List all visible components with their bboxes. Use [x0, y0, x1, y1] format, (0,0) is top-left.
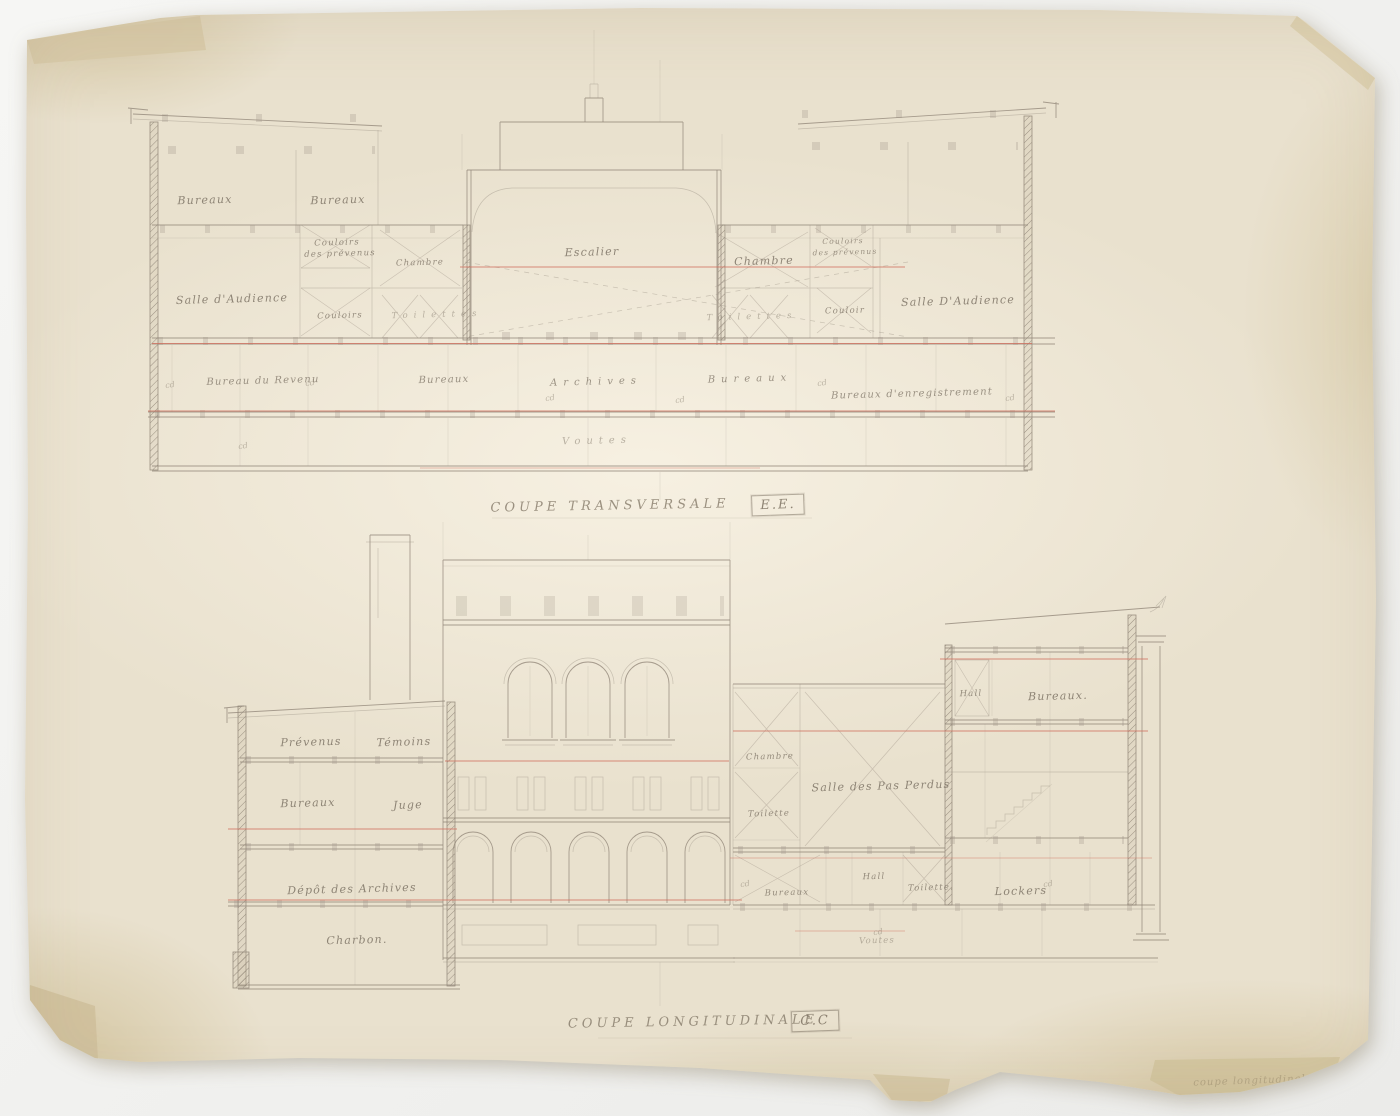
label-couloirs-prevenus-right-2: des prévenus [812, 247, 877, 258]
column-mark: cd [675, 395, 686, 405]
label-bureaux-basement: Bureaux [765, 887, 810, 898]
column-mark: cd [165, 380, 176, 390]
column-mark: cd [817, 378, 828, 388]
torn-edge-top-left [0, 0, 260, 80]
label-toilette-basement: Toilette. [908, 882, 954, 893]
bottom-section-tag: C.C [791, 1010, 839, 1033]
label-chambre-left: Chambre [396, 257, 444, 268]
torn-edge-bottom-center [0, 0, 1400, 1116]
longitudinal-section-drawing [224, 522, 1169, 1038]
label-couloirs-prevenus-left-2: des prévenus [304, 248, 376, 260]
label-escalier: Escalier [564, 245, 619, 259]
label-bureaux-mid-right: Bureaux [708, 372, 793, 385]
label-toilettes-right: Toilettes [706, 311, 797, 323]
section-linework [0, 0, 1400, 1116]
drawing-sheet-wrapper: Bureaux Bureaux Couloirs des prévenus Ch… [0, 0, 1400, 1116]
column-mark: cd [1043, 879, 1054, 889]
label-salle-audience-left: Salle d'Audience [176, 291, 289, 307]
label-bureaux-left-b: Bureaux [310, 193, 366, 207]
column-mark: cd [545, 393, 556, 403]
label-bureaux-bottom-left: Bureaux [280, 796, 336, 810]
torn-edge-top-right [1280, 10, 1390, 100]
label-toilette-mid: Toilette [748, 808, 790, 819]
label-charbon: Charbon. [326, 933, 387, 948]
label-lockers: Lockers [995, 884, 1048, 898]
label-archives: Archives [550, 375, 642, 388]
label-bureaux-right-wing: Bureaux. [1028, 689, 1088, 704]
label-chambre-bottom: Chambre [746, 751, 794, 762]
torn-edge-bottom-right [0, 0, 1400, 1116]
label-voutes-bottom: Voutes [859, 936, 895, 947]
top-section-tag: E.E. [751, 494, 805, 517]
label-voutes-top: Voutes [562, 435, 632, 448]
bottom-section-title: Coupe Longitudinale [568, 1012, 818, 1031]
label-hall-upper: Hall [960, 689, 983, 700]
label-couloirs-left: Couloirs [317, 310, 363, 321]
column-mark: cd [238, 441, 249, 451]
torn-edge-bottom-left [0, 0, 120, 1116]
label-juge: Juge [393, 798, 423, 812]
label-couloirs-prevenus-left-1: Couloirs [314, 237, 360, 248]
label-bureaux-enregistrement: Bureaux d'enregistrement [831, 386, 993, 401]
label-couloir-right: Couloir [825, 305, 865, 316]
label-chambre-right: Chambre [734, 254, 794, 269]
label-depot-des-archives: Dépôt des Archives [287, 881, 417, 897]
label-bureau-du-revenu: Bureau du Revenu [206, 374, 319, 388]
label-salle-des-pas-perdus: Salle des Pas Perdus [811, 778, 950, 795]
label-salle-audience-right: Salle D'Audience [901, 293, 1015, 309]
label-bureaux-left-a: Bureaux [177, 193, 233, 207]
column-mark: cd [1005, 393, 1016, 403]
label-hall-basement: Hall [863, 872, 886, 883]
label-bureaux-mid-left: Bureaux [418, 374, 469, 386]
label-temoins: Témoins [376, 735, 431, 749]
column-mark: cd [305, 378, 316, 388]
label-prevenus: Prévenus [280, 735, 342, 750]
label-couloirs-prevenus-right-1: Couloirs [822, 236, 864, 246]
column-mark: cd [873, 927, 884, 937]
drawing-sheet: Bureaux Bureaux Couloirs des prévenus Ch… [0, 0, 1400, 1116]
column-mark: cd [740, 879, 751, 889]
paper-vignette [0, 0, 1400, 1116]
label-toilettes-left: Toilettes [391, 309, 482, 321]
top-section-title: Coupe Transversale [490, 496, 729, 515]
